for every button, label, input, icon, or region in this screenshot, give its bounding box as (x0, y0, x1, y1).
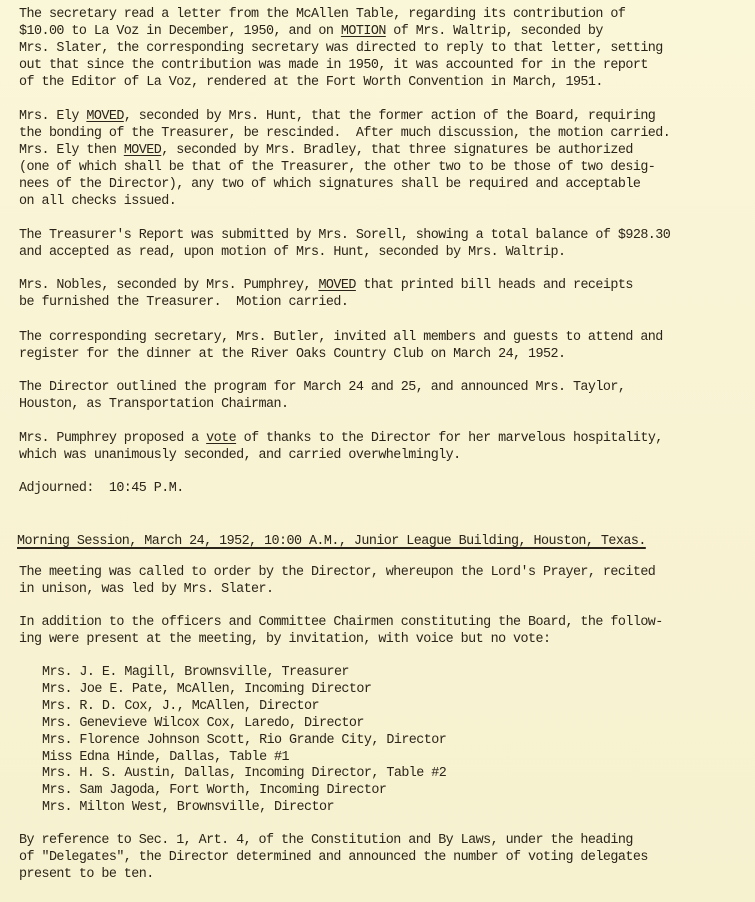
attendee-list: Mrs. J. E. Magill, Brownsville, Treasure… (42, 665, 446, 817)
text-line: The meeting was called to order by the D… (19, 565, 655, 582)
text-segment: in unison, was led by Mrs. Slater. (19, 582, 274, 597)
text-line: on all checks issued. (19, 194, 670, 211)
text-segment: of thanks to the Director for her marvel… (236, 431, 663, 446)
text-segment: , seconded by Mrs. Hunt, that the former… (124, 109, 656, 124)
attendee-item: Mrs. Genevieve Wilcox Cox, Laredo, Direc… (42, 716, 446, 733)
paragraph-letter: The secretary read a letter from the McA… (19, 7, 663, 92)
attendee-item: Mrs. Milton West, Brownsville, Director (42, 800, 446, 817)
text-segment: The Treasurer's Report was submitted by … (19, 228, 670, 243)
text-segment: The secretary read a letter from the McA… (19, 7, 625, 22)
underlined-emphasis: vote (206, 431, 236, 446)
text-line: in unison, was led by Mrs. Slater. (19, 582, 655, 599)
text-segment: The corresponding secretary, Mrs. Butler… (19, 330, 663, 345)
attendee-item: Miss Edna Hinde, Dallas, Table #1 (42, 750, 446, 767)
text-segment: the bonding of the Treasurer, be rescind… (19, 126, 670, 141)
text-segment: Mrs. Ely (19, 109, 86, 124)
text-segment: Mrs. Nobles, seconded by Mrs. Pumphrey, (19, 278, 318, 293)
paragraph-dinner: The corresponding secretary, Mrs. Butler… (19, 330, 663, 364)
text-segment: present to be ten. (19, 867, 154, 882)
paragraph-treasurer-report: The Treasurer's Report was submitted by … (19, 228, 670, 262)
text-line: The corresponding secretary, Mrs. Butler… (19, 330, 663, 347)
text-line: The Director outlined the program for Ma… (19, 380, 625, 397)
paragraph-bonding-motion: Mrs. Ely MOVED, seconded by Mrs. Hunt, t… (19, 109, 670, 210)
text-segment: which was unanimously seconded, and carr… (19, 448, 461, 463)
text-segment: By reference to Sec. 1, Art. 4, of the C… (19, 833, 633, 848)
attendee-item: Mrs. Joe E. Pate, McAllen, Incoming Dire… (42, 682, 446, 699)
text-segment: , seconded by Mrs. Bradley, that three s… (161, 143, 633, 158)
paragraph-bill-heads: Mrs. Nobles, seconded by Mrs. Pumphrey, … (19, 278, 633, 312)
text-segment: Adjourned: 10:45 P.M. (19, 481, 184, 496)
text-segment: The Director outlined the program for Ma… (19, 380, 625, 395)
text-line: and accepted as read, upon motion of Mrs… (19, 245, 670, 262)
text-segment: In addition to the officers and Committe… (19, 615, 663, 630)
text-line: which was unanimously seconded, and carr… (19, 448, 663, 465)
typewritten-minutes-page: The secretary read a letter from the McA… (0, 0, 755, 902)
text-segment: register for the dinner at the River Oak… (19, 347, 565, 362)
text-line: Houston, as Transportation Chairman. (19, 397, 625, 414)
text-segment: of "Delegates", the Director determined … (19, 850, 648, 865)
text-line: The Treasurer's Report was submitted by … (19, 228, 670, 245)
text-line: Mrs. Ely then MOVED, seconded by Mrs. Br… (19, 143, 670, 160)
text-line: the bonding of the Treasurer, be rescind… (19, 126, 670, 143)
paragraph-vote-of-thanks: Mrs. Pumphrey proposed a vote of thanks … (19, 431, 663, 465)
text-segment: ing were present at the meeting, by invi… (19, 632, 551, 647)
text-line: out that since the contribution was made… (19, 58, 663, 75)
text-line: Mrs. Slater, the corresponding secretary… (19, 41, 663, 58)
text-line: By reference to Sec. 1, Art. 4, of the C… (19, 833, 648, 850)
attendee-item: Mrs. J. E. Magill, Brownsville, Treasure… (42, 665, 446, 682)
text-segment: of the Editor of La Voz, rendered at the… (19, 75, 603, 90)
text-segment: Mrs. Pumphrey proposed a (19, 431, 206, 446)
text-line: In addition to the officers and Committe… (19, 615, 663, 632)
text-segment: be furnished the Treasurer. Motion carri… (19, 295, 348, 310)
text-segment: Mrs. Slater, the corresponding secretary… (19, 41, 663, 56)
underlined-emphasis: MOVED (318, 278, 355, 293)
underlined-emphasis: MOVED (124, 143, 161, 158)
underlined-emphasis: MOVED (86, 109, 123, 124)
text-line: of "Delegates", the Director determined … (19, 850, 648, 867)
text-segment: (one of which shall be that of the Treas… (19, 160, 655, 175)
text-line: (one of which shall be that of the Treas… (19, 160, 670, 177)
text-line: Adjourned: 10:45 P.M. (19, 481, 184, 498)
text-line: The secretary read a letter from the McA… (19, 7, 663, 24)
text-segment: $10.00 to La Voz in December, 1950, and … (19, 24, 341, 39)
session-heading: Morning Session, March 24, 1952, 10:00 A… (17, 533, 646, 550)
text-segment: nees of the Director), any two of which … (19, 177, 640, 192)
text-segment: of Mrs. Waltrip, seconded by (386, 24, 603, 39)
text-line: Mrs. Pumphrey proposed a vote of thanks … (19, 431, 663, 448)
text-segment: and accepted as read, upon motion of Mrs… (19, 245, 565, 260)
text-line: be furnished the Treasurer. Motion carri… (19, 295, 633, 312)
paragraph-attendance-intro: In addition to the officers and Committe… (19, 615, 663, 649)
underlined-emphasis: MOTION (341, 24, 386, 39)
paragraph-call-to-order: The meeting was called to order by the D… (19, 565, 655, 599)
text-line: Mrs. Nobles, seconded by Mrs. Pumphrey, … (19, 278, 633, 295)
text-segment: out that since the contribution was made… (19, 58, 648, 73)
text-line: Mrs. Ely MOVED, seconded by Mrs. Hunt, t… (19, 109, 670, 126)
paragraph-program: The Director outlined the program for Ma… (19, 380, 625, 414)
text-segment: that printed bill heads and receipts (356, 278, 633, 293)
text-line: present to be ten. (19, 867, 648, 884)
text-line: register for the dinner at the River Oak… (19, 347, 663, 364)
attendee-item: Mrs. R. D. Cox, J., McAllen, Director (42, 699, 446, 716)
text-segment: on all checks issued. (19, 194, 176, 209)
text-line: ing were present at the meeting, by invi… (19, 632, 663, 649)
text-segment: Mrs. Ely then (19, 143, 124, 158)
text-line: nees of the Director), any two of which … (19, 177, 670, 194)
paragraph-adjourned: Adjourned: 10:45 P.M. (19, 481, 184, 498)
text-line: $10.00 to La Voz in December, 1950, and … (19, 24, 663, 41)
paragraph-delegates: By reference to Sec. 1, Art. 4, of the C… (19, 833, 648, 884)
text-segment: The meeting was called to order by the D… (19, 565, 655, 580)
text-segment: Houston, as Transportation Chairman. (19, 397, 289, 412)
attendee-item: Mrs. H. S. Austin, Dallas, Incoming Dire… (42, 766, 446, 783)
attendee-item: Mrs. Florence Johnson Scott, Rio Grande … (42, 733, 446, 750)
attendee-item: Mrs. Sam Jagoda, Fort Worth, Incoming Di… (42, 783, 446, 800)
text-line: of the Editor of La Voz, rendered at the… (19, 75, 663, 92)
